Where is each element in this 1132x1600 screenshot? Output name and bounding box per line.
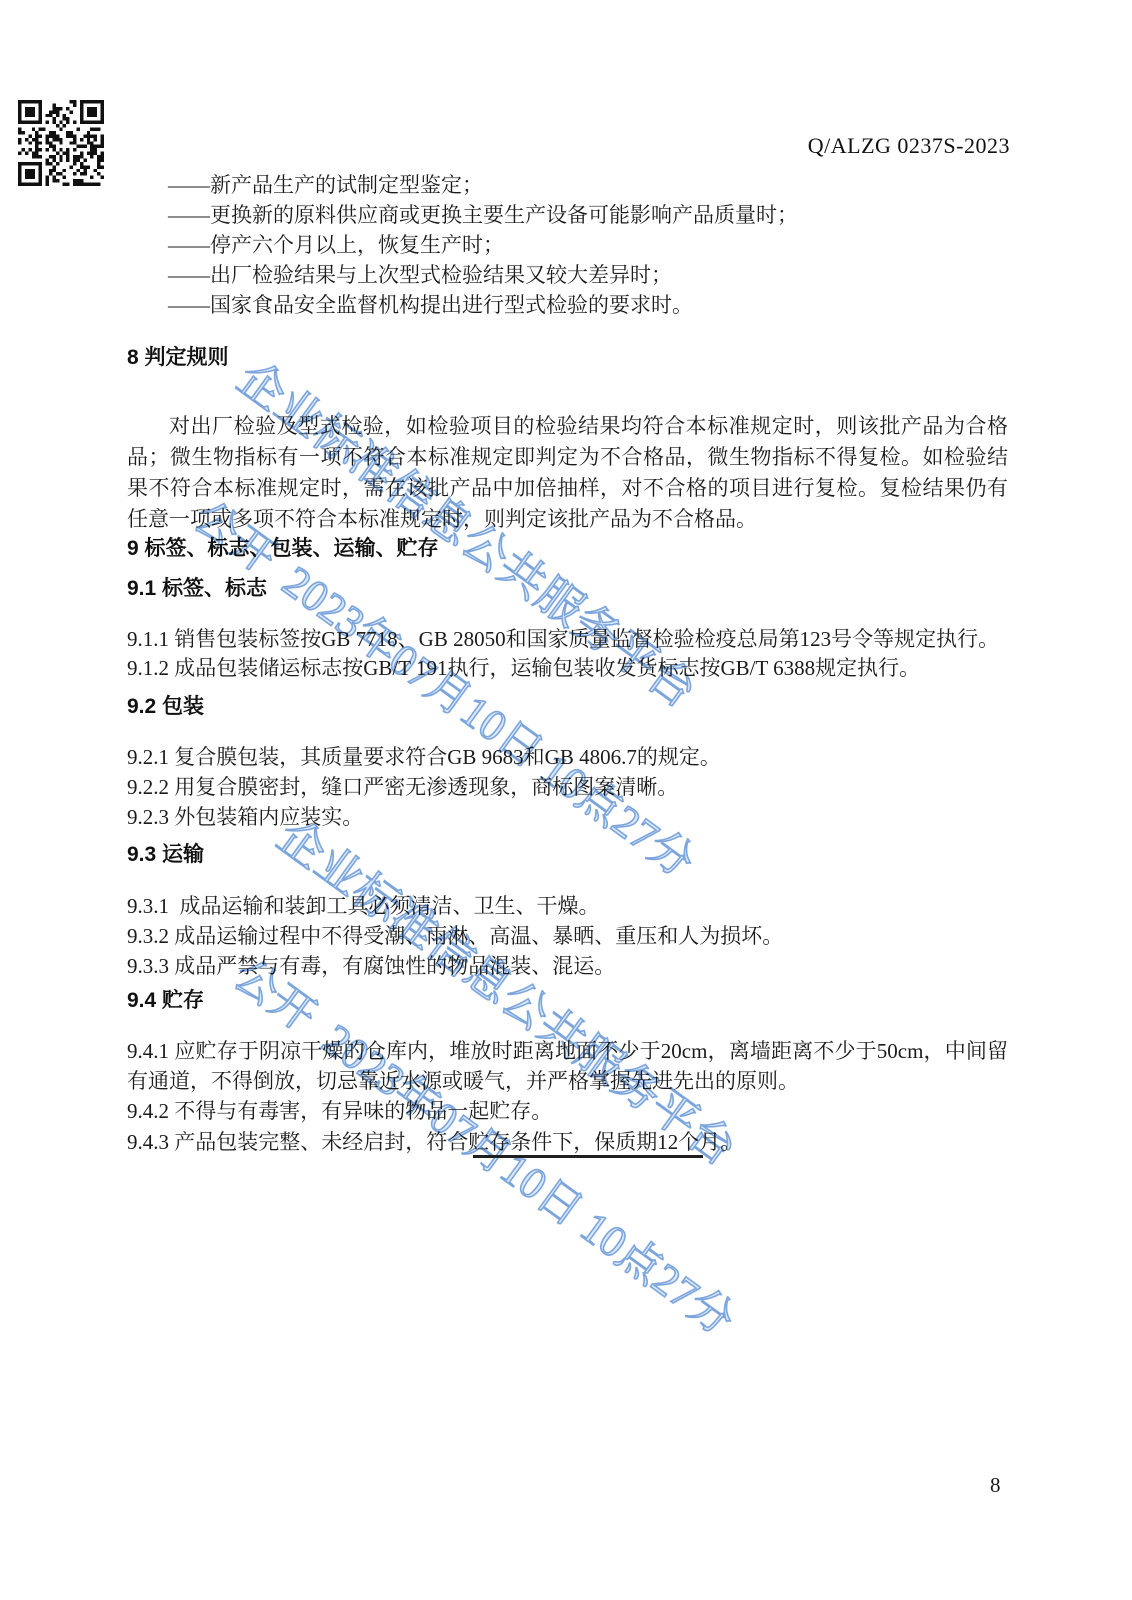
- clause-9-4-1: 9.4.1 应贮存于阴凉干燥的仓库内，堆放时距离地面不少于20cm，离墙距离不少…: [127, 1036, 1008, 1096]
- section-8-body: 对出厂检验及型式检验，如检验项目的检验结果均符合本标准规定时，则该批产品为合格品…: [127, 411, 1008, 535]
- section-9-4-heading: 9.4 贮存: [127, 990, 204, 1012]
- clause-9-3-3: 9.3.3 成品严禁与有毒，有腐蚀性的物品混装、混运。: [127, 951, 615, 981]
- clause-9-4-3: 9.4.3 产品包装完整、未经启封，符合贮存条件下，保质期12个月。: [127, 1127, 741, 1157]
- section-8-heading: 8 判定规则: [127, 347, 229, 369]
- clause-9-3-1: 9.3.1 成品运输和装卸工具必须清洁、卫生、干燥。: [127, 891, 600, 921]
- list-item: ——出厂检验结果与上次型式检验结果又较大差异时；: [168, 260, 798, 290]
- clause-9-2-2: 9.2.2 用复合膜密封，缝口严密无渗透现象，商标图案清晰。: [127, 772, 678, 802]
- type-inspection-cases: ——新产品生产的试制定型鉴定； ——更换新的原料供应商或更换主要生产设备可能影响…: [168, 170, 798, 320]
- clause-9-2-1: 9.2.1 复合膜包装，其质量要求符合GB 9683和GB 4806.7的规定。: [127, 742, 721, 772]
- clause-9-1-2: 9.1.2 成品包装储运标志按GB/T 191执行，运输包装收发货标志按GB/T…: [127, 653, 920, 683]
- document-page: 企业标准信息公共服务平台 公开 2023年07月10日 10点27分 企业标准信…: [0, 0, 1132, 1600]
- list-item: ——停产六个月以上，恢复生产时；: [168, 230, 798, 260]
- list-item: ——新产品生产的试制定型鉴定；: [168, 170, 798, 200]
- section-9-heading: 9 标签、标志、包装、运输、贮存: [127, 538, 439, 560]
- list-item: ——更换新的原料供应商或更换主要生产设备可能影响产品质量时；: [168, 200, 798, 230]
- clause-9-1-1: 9.1.1 销售包装标签按GB 7718、GB 28050和国家质量监督检验检疫…: [127, 624, 999, 654]
- end-divider: [473, 1155, 703, 1158]
- page-number: 8: [990, 1473, 1001, 1498]
- clause-9-3-2: 9.3.2 成品运输过程中不得受潮、雨淋、高温、暴晒、重压和人为损坏。: [127, 921, 783, 951]
- standard-code-header: Q/ALZG 0237S-2023: [808, 133, 1010, 159]
- section-9-2-heading: 9.2 包装: [127, 696, 204, 718]
- section-9-3-heading: 9.3 运输: [127, 844, 204, 866]
- clause-9-2-3: 9.2.3 外包装箱内应装实。: [127, 802, 363, 832]
- watermark-title: 企业标准信息公共服务平台: [270, 812, 824, 1232]
- qr-code-icon: [18, 96, 104, 190]
- list-item: ——国家食品安全监督机构提出进行型式检验的要求时。: [168, 290, 798, 320]
- clause-9-4-2: 9.4.2 不得与有毒害，有异味的物品一起贮存。: [127, 1096, 552, 1126]
- section-9-1-heading: 9.1 标签、标志: [127, 578, 267, 600]
